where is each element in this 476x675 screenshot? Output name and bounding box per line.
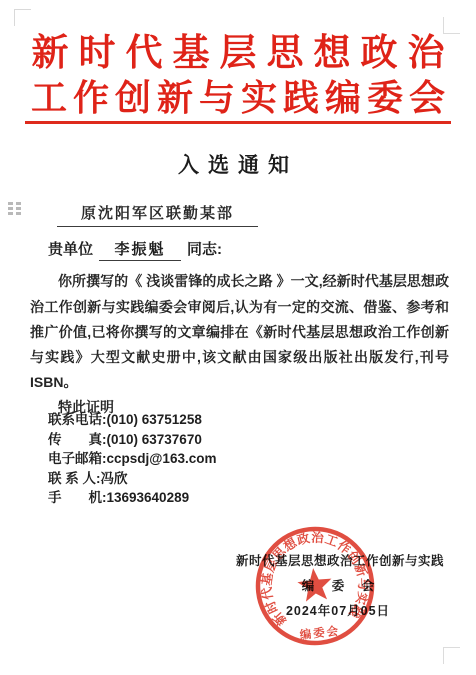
fax-value: (010) 63737670 [107,432,202,447]
page-margin-mark-bottom-right [443,647,460,664]
letterhead-line2: 工作创新与实践编委会 [0,75,476,120]
signature-block: 新时代基层思想政治工作创新与实践 编 委 会 2024年07月05日 [236,549,440,624]
body-after-title: 》一文,经新时代基层思想政治工作创新与实践编委会审阅后,认为有一定的交流、借鉴、… [30,273,449,390]
contact-phone: 联系电话:(010) 63751258 [48,410,216,430]
body-paragraph: 你所撰写的《 浅谈雷锋的成长之路 》一文,经新时代基层思想政治工作创新与实践编委… [30,269,449,395]
contact-fax: 传 真:(010) 63737670 [48,430,216,450]
signature-org-line2: 编 委 会 [236,574,447,599]
drag-handle-icon[interactable] [8,202,21,216]
mobile-value: 13693640289 [107,490,190,505]
contact-person-label: 联 系 人: [48,471,101,486]
article-title: 浅谈雷锋的成长之路 [146,275,272,290]
salutation-prefix: 贵单位 [48,241,93,258]
letterhead-line1: 新时代基层思想政治 [0,30,476,75]
letter-body: 你所撰写的《 浅谈雷锋的成长之路 》一文,经新时代基层思想政治工作创新与实践编委… [30,269,449,420]
contact-email: 电子邮箱:ccpsdj@163.com [48,449,216,469]
recipient-unit: 原沈阳军区联勤某部 [57,202,258,227]
signature-org-line1: 新时代基层思想政治工作创新与实践 [236,549,440,574]
document-page: 新时代基层思想政治 工作创新与实践编委会 入选通知 原沈阳军区联勤某部 贵单位李… [0,0,476,675]
email-value: ccpsdj@163.com [107,451,217,466]
contact-block: 联系电话:(010) 63751258 传 真:(010) 63737670 电… [48,410,216,508]
letterhead: 新时代基层思想政治 工作创新与实践编委会 [0,30,476,120]
salutation-line: 贵单位李振魁同志: [48,238,222,261]
letterhead-rule [25,121,451,124]
recipient-name: 李振魁 [99,238,181,261]
page-margin-mark-top-left [14,9,31,26]
signature-date: 2024年07月05日 [236,599,440,624]
email-label: 电子邮箱: [48,451,107,466]
contact-person-value: 冯欣 [101,471,128,486]
seal-bottom-text: 编委会 [298,624,341,642]
body-lead: 你所撰写的《 [58,273,146,289]
phone-label: 联系电话: [48,412,107,427]
salutation-suffix: 同志: [187,241,222,258]
contact-person: 联 系 人:冯欣 [48,469,216,489]
contact-mobile: 手 机:13693640289 [48,488,216,508]
phone-value: (010) 63751258 [107,412,202,427]
notice-title: 入选通知 [0,149,476,179]
fax-label: 传 真: [48,432,107,447]
mobile-label: 手 机: [48,490,107,505]
